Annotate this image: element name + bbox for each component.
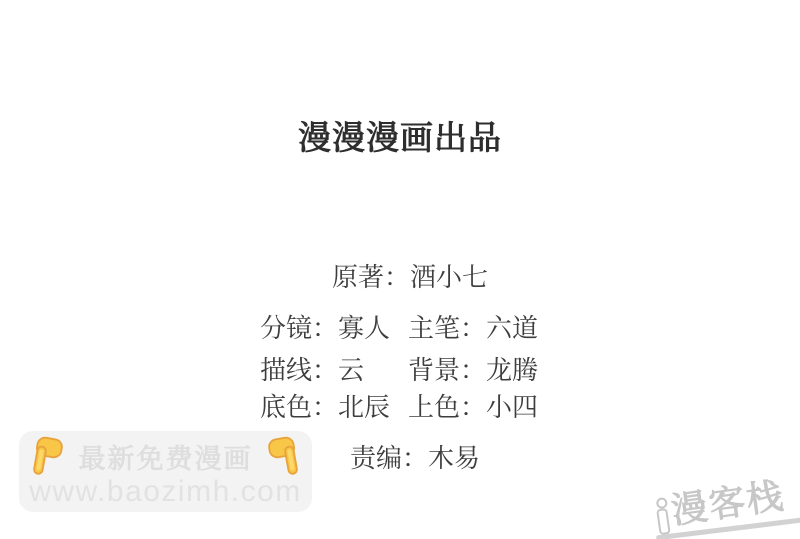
- credit-lineart: 描线：云: [260, 356, 408, 384]
- watermark-heading: 最新免费漫画: [79, 437, 253, 476]
- credit-storyboard: 分镜：寡人: [260, 314, 408, 342]
- credit-row: 底色：北辰 上色：小四: [260, 393, 600, 421]
- hand-pointing-down-icon: [264, 431, 305, 480]
- watermark-badge: 最新免费漫画 www.baozimh.com: [19, 431, 312, 512]
- credit-lead-artist: 主笔：六道: [408, 314, 538, 342]
- comic-page: 漫漫漫画出品 原著：酒小七 分镜：寡人 主笔：六道 描线：云 背景：龙腾 底色：…: [0, 0, 800, 539]
- hand-pointing-down-icon: [25, 431, 66, 480]
- watermark-url: www.baozimh.com: [19, 476, 312, 508]
- credit-basecolor: 底色：北辰: [260, 393, 408, 421]
- credit-line-original: 原著：酒小七: [10, 263, 800, 291]
- logo-i-icon: [655, 497, 672, 534]
- site-logo: 漫客栈: [652, 462, 800, 539]
- page-title: 漫漫漫画出品: [0, 120, 800, 156]
- credit-row: 分镜：寡人 主笔：六道: [260, 314, 600, 342]
- credit-coloring: 上色：小四: [408, 393, 538, 421]
- watermark-heading-row: 最新免费漫画: [19, 434, 312, 478]
- credit-row: 描线：云 背景：龙腾: [260, 356, 600, 384]
- credit-background: 背景：龙腾: [408, 356, 538, 384]
